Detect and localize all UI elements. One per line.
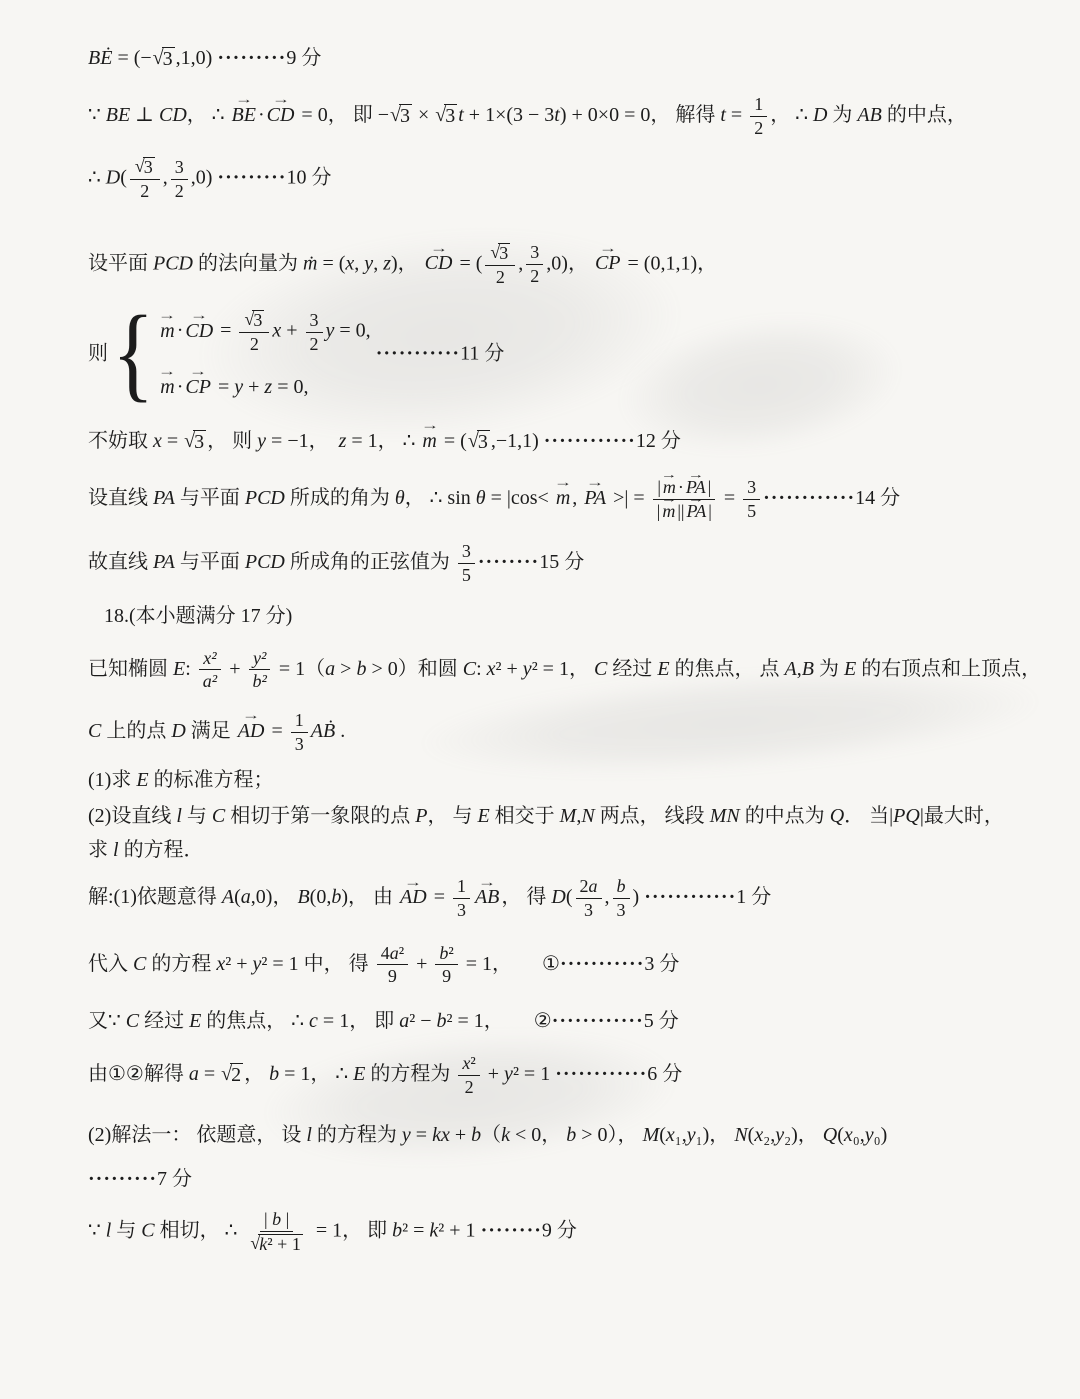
text: 2 bbox=[496, 267, 505, 287]
math-variable: x bbox=[754, 1124, 763, 1146]
vector-arrow-icon: → bbox=[599, 242, 617, 254]
text: 2 bbox=[175, 181, 184, 201]
math-variable: D bbox=[551, 886, 565, 908]
text: ² = bbox=[402, 1220, 429, 1242]
line-point-d-coordinates: ∴ D(√32,32,0) ·········10 分 bbox=[88, 156, 1030, 201]
text: = −1， bbox=[266, 430, 339, 452]
text: 两点， 线段 bbox=[595, 805, 710, 827]
math-variable: PCD bbox=[153, 252, 193, 274]
text: 2 bbox=[465, 1077, 474, 1097]
square-root: √3 bbox=[153, 47, 175, 70]
text: ₀) bbox=[874, 1124, 888, 1146]
text: 所成角的正弦值为 bbox=[285, 551, 455, 573]
fraction-denominator: |→m||→PA| bbox=[653, 500, 716, 522]
equation-row: →m·→CD = √32x + 32y = 0, bbox=[158, 309, 370, 354]
math-variable: C bbox=[88, 720, 101, 742]
math-variable: x bbox=[216, 952, 225, 974]
fraction: 4a²9 bbox=[377, 943, 408, 987]
text: 2 bbox=[310, 334, 319, 354]
text: 3 bbox=[445, 105, 455, 127]
fraction-denominator: 3 bbox=[291, 733, 308, 755]
math-variable: y bbox=[687, 1124, 696, 1146]
fraction: 35 bbox=[743, 477, 760, 521]
line-problem-18-header: 18.(本小题满分 17 分) bbox=[104, 602, 1030, 630]
vector-CD: →CD bbox=[185, 317, 213, 345]
text: · bbox=[177, 376, 184, 398]
text: 1 bbox=[295, 710, 304, 730]
dotted-leader: ············ bbox=[644, 886, 736, 908]
fraction-denominator: 2 bbox=[136, 180, 153, 202]
vector-base: CP bbox=[185, 376, 211, 398]
text: ( bbox=[837, 1124, 844, 1146]
fraction: b²9 bbox=[435, 943, 457, 987]
text: ， bbox=[244, 1063, 269, 1085]
text: ) + 0×0 = 0， 解得 bbox=[560, 104, 721, 126]
left-brace: { bbox=[112, 317, 154, 393]
math-variable: b bbox=[272, 1209, 281, 1229]
fraction-denominator: 3 bbox=[580, 899, 597, 921]
text: , bbox=[163, 167, 168, 189]
text: , bbox=[354, 252, 364, 274]
fraction: √32 bbox=[485, 242, 515, 287]
text: · bbox=[177, 320, 184, 342]
document-body: BĖ = (−√3,1,0) ·········9 分∵ BE ⊥ CD， ∴… bbox=[0, 44, 1080, 1255]
text: 3 bbox=[617, 900, 626, 920]
text: = (0,1,1)， bbox=[623, 252, 718, 274]
fraction-numerator: x² bbox=[199, 648, 220, 671]
math-variable: M bbox=[560, 805, 577, 827]
vector-base: m bbox=[160, 320, 174, 342]
vector-m: →m bbox=[556, 484, 570, 512]
text: ,1,0) bbox=[176, 47, 218, 69]
radicand: k² + 1 bbox=[258, 1234, 303, 1255]
text: 不妨取 bbox=[88, 430, 153, 452]
dotted-leader: ············ bbox=[552, 1010, 644, 1032]
fraction-denominator: b² bbox=[248, 670, 270, 692]
vector-arrow-icon: → bbox=[478, 876, 496, 888]
math-variable: MN bbox=[710, 805, 740, 827]
scanned-exam-page: BĖ = (−√3,1,0) ·········9 分∵ BE ⊥ CD， ∴… bbox=[0, 0, 1080, 1399]
text: ( bbox=[659, 1124, 666, 1146]
math-variable: PCD bbox=[245, 487, 285, 509]
text: = 1， ∴ bbox=[346, 430, 420, 452]
text: + bbox=[281, 320, 302, 342]
fraction: √32 bbox=[239, 309, 269, 354]
text: 故直线 bbox=[88, 551, 153, 573]
square-root: √k² + 1 bbox=[250, 1234, 302, 1255]
radicand: 2 bbox=[230, 1063, 243, 1086]
vector-base: AD bbox=[238, 720, 265, 742]
text: = bbox=[199, 1063, 220, 1085]
vector-m: →m bbox=[662, 501, 675, 522]
fraction-numerator: √3 bbox=[485, 242, 515, 266]
text: )， bbox=[391, 252, 423, 274]
line-equation-system: 则{→m·→CD = √32x + 32y = 0,→m·→CP = y + z… bbox=[88, 309, 1030, 400]
fraction: 13 bbox=[453, 876, 470, 920]
square-root: √3 bbox=[244, 310, 264, 331]
text: 2 bbox=[231, 1064, 241, 1086]
math-variable: CD bbox=[159, 104, 187, 126]
text: 15 分 bbox=[539, 551, 584, 573]
vector-base: BE bbox=[232, 104, 256, 126]
text: = bbox=[719, 487, 740, 509]
vector-base: CD bbox=[267, 104, 295, 126]
text: 已知椭圆 bbox=[88, 657, 173, 679]
dotted-leader: ········· bbox=[88, 1168, 157, 1190]
text: 5 bbox=[462, 565, 471, 585]
dotted-leader: ········· bbox=[217, 167, 286, 189]
math-variable: Q bbox=[830, 805, 844, 827]
fraction-numerator: 3 bbox=[743, 477, 760, 500]
line-part2-method1-setup: (2)解法一： 依题意， 设 l 的方程为 y = kx + b（k < 0， … bbox=[88, 1121, 1030, 1149]
text: < 0， bbox=[510, 1124, 566, 1146]
text: + bbox=[411, 952, 432, 974]
text: 代入 bbox=[88, 952, 133, 974]
text: ( bbox=[234, 886, 241, 908]
math-variable: E bbox=[136, 769, 148, 791]
math-variable: x bbox=[487, 657, 496, 679]
math-variable: x bbox=[345, 252, 354, 274]
fraction-denominator: 2 bbox=[461, 1076, 478, 1098]
text: 设直线 bbox=[88, 487, 153, 509]
text: 3 bbox=[584, 900, 593, 920]
line-part1-question: (1)求 E 的标准方程； bbox=[88, 766, 1030, 794]
vector-arrow-icon: → bbox=[242, 709, 260, 721]
math-variable: PA bbox=[153, 487, 175, 509]
text: 的方程为 bbox=[312, 1124, 402, 1146]
text: + bbox=[483, 1063, 504, 1085]
fraction: x²2 bbox=[458, 1053, 479, 1097]
radicand: 3 bbox=[444, 104, 457, 127]
text: = bbox=[429, 886, 450, 908]
dotted-leader: ··········· bbox=[376, 343, 460, 365]
fraction: √32 bbox=[130, 156, 160, 201]
text: 3 bbox=[163, 48, 173, 70]
fraction: 13 bbox=[291, 710, 308, 754]
text: （ bbox=[481, 1124, 501, 1146]
math-variable: θ bbox=[395, 487, 405, 509]
vector-CD: →CD bbox=[267, 101, 295, 129]
text: × bbox=[413, 104, 434, 126]
math-variable: x bbox=[272, 320, 281, 342]
fraction-numerator: 3 bbox=[526, 242, 543, 265]
math-variable: AḂ bbox=[311, 720, 335, 742]
math-variable: a bbox=[399, 1010, 409, 1032]
vector-base: m bbox=[160, 376, 174, 398]
text: ， 则 bbox=[207, 430, 257, 452]
square-root: √3 bbox=[490, 243, 510, 264]
vector-arrow-icon: → bbox=[158, 365, 176, 377]
text: ² + bbox=[496, 657, 523, 679]
text: . bbox=[335, 720, 345, 742]
equation-system-rows: →m·→CD = √32x + 32y = 0,→m·→CP = y + z =… bbox=[158, 309, 370, 400]
fraction: 32 bbox=[171, 157, 188, 201]
fraction-denominator: 9 bbox=[384, 965, 401, 987]
math-variable: x² bbox=[203, 648, 216, 668]
text: 上的点 bbox=[101, 720, 171, 742]
text: > bbox=[335, 657, 356, 679]
math-variable: C bbox=[141, 1220, 154, 1242]
vector-BE: →BE bbox=[232, 101, 256, 129]
vector-arrow-icon: → bbox=[235, 93, 253, 105]
math-variable: M bbox=[643, 1124, 660, 1146]
text: ² + 1 bbox=[438, 1220, 480, 1242]
vector-CP: →CP bbox=[185, 373, 211, 401]
math-variable: A bbox=[222, 886, 234, 908]
math-variable: b² bbox=[252, 671, 266, 691]
text: = 1， ∴ bbox=[279, 1063, 353, 1085]
text: 3 bbox=[499, 243, 508, 263]
text: ∵ bbox=[88, 104, 106, 126]
text: 的焦点， ∴ bbox=[201, 1010, 309, 1032]
text: 3 bbox=[478, 431, 488, 453]
vector-CD: →CD bbox=[425, 249, 453, 277]
text: · bbox=[258, 104, 265, 126]
math-variable: θ bbox=[476, 487, 486, 509]
text: + bbox=[243, 376, 264, 398]
radicand: 3 bbox=[252, 310, 264, 331]
text: = 1， 即 bbox=[318, 1010, 399, 1032]
line-perpendicular-dot-product: ∵ BE ⊥ CD， ∴ →BE·→CD = 0， 即 −√3 × √3t + … bbox=[88, 94, 1030, 138]
line-tangency-condition: ∵ l 与 C 相切， ∴ | b |√k² + 1 = 1， 即 b² = k… bbox=[88, 1209, 1030, 1254]
math-variable: y bbox=[523, 657, 532, 679]
fraction-numerator: 3 bbox=[458, 541, 475, 564]
line-substitute-into-circle: 代入 C 的方程 x² + y² = 1 中， 得 4a²9 + b²9 = 1… bbox=[88, 943, 1030, 987]
vector-AD: →AD bbox=[238, 717, 265, 745]
vector-arrow-icon: → bbox=[586, 476, 604, 488]
text: ₂)， bbox=[784, 1124, 823, 1146]
text: (2)解法一： 依题意， 设 bbox=[88, 1124, 306, 1146]
vector-arrow-icon: → bbox=[421, 419, 439, 431]
math-variable: A bbox=[785, 657, 797, 679]
math-variable: C bbox=[133, 952, 146, 974]
fraction-numerator: b bbox=[613, 876, 630, 899]
text: | bbox=[708, 501, 712, 521]
square-root: √2 bbox=[221, 1063, 243, 1086]
vector-base: AB bbox=[475, 886, 499, 908]
text: 的右顶点和上顶点， bbox=[856, 657, 1041, 679]
text: 的法向量为 bbox=[193, 252, 303, 274]
text: , bbox=[518, 252, 523, 274]
text: ² = 1， bbox=[532, 657, 594, 679]
math-variable: E bbox=[477, 805, 489, 827]
vector-arrow-icon: → bbox=[189, 365, 207, 377]
fraction-numerator: 4a² bbox=[377, 943, 408, 966]
line-part2-question: (2)设直线 l 与 C 相切于第一象限的点 P， 与 E 相交于 M,N 两点… bbox=[88, 802, 1030, 830]
text: ₀, bbox=[853, 1124, 865, 1146]
dotted-leader: ············ bbox=[763, 487, 855, 509]
fraction-denominator: 2 bbox=[246, 333, 263, 355]
dotted-leader: ········ bbox=[478, 551, 539, 573]
dotted-leader: ············ bbox=[555, 1063, 647, 1085]
math-variable: k bbox=[429, 1220, 438, 1242]
text: 1 bbox=[457, 876, 466, 896]
text: ∵ bbox=[88, 1220, 106, 1242]
fraction: 32 bbox=[306, 310, 323, 354]
text: ( bbox=[566, 886, 573, 908]
vector-arrow-icon: → bbox=[688, 470, 704, 481]
text: ， ∴ bbox=[187, 104, 230, 126]
text: 的方程 bbox=[146, 952, 216, 974]
math-variable: y bbox=[504, 1063, 513, 1085]
dotted-leader: ··········· bbox=[560, 952, 644, 974]
vector-arrow-icon: → bbox=[661, 494, 677, 505]
text: = ( bbox=[454, 252, 482, 274]
vector-AD: →AD bbox=[400, 883, 427, 911]
text: 求 bbox=[88, 839, 113, 861]
text: 2 bbox=[580, 876, 589, 896]
square-root: √3 bbox=[135, 157, 155, 178]
fraction-numerator: √3 bbox=[130, 156, 160, 180]
text: 5 bbox=[747, 501, 756, 521]
text: (2)设直线 bbox=[88, 805, 176, 827]
text: 3 bbox=[400, 105, 410, 127]
text: 10 分 bbox=[286, 167, 331, 189]
text: 3 bbox=[457, 900, 466, 920]
text: = ( bbox=[317, 252, 345, 274]
fraction: x²a² bbox=[199, 648, 221, 692]
text: 经过 bbox=[607, 657, 657, 679]
vector-base: CD bbox=[425, 252, 453, 274]
math-variable: b bbox=[617, 876, 626, 896]
math-variable: x bbox=[844, 1124, 853, 1146]
math-variable: b bbox=[566, 1124, 576, 1146]
text: 2 bbox=[140, 181, 149, 201]
text: > 0）， bbox=[576, 1124, 642, 1146]
text: + bbox=[450, 1124, 471, 1146]
math-variable: Q bbox=[823, 1124, 837, 1146]
vector-base: CP bbox=[595, 252, 621, 274]
math-variable: ṁ bbox=[303, 252, 317, 274]
fraction-denominator: 2 bbox=[750, 117, 767, 139]
text: ⊥ bbox=[130, 104, 159, 126]
fraction-denominator: 5 bbox=[458, 564, 475, 586]
fraction: y²b² bbox=[248, 648, 270, 692]
math-variable: P bbox=[415, 805, 427, 827]
square-root: √3 bbox=[435, 104, 457, 127]
math-variable: PA bbox=[153, 551, 175, 573]
text: 12 分 bbox=[636, 430, 681, 452]
text: ( bbox=[120, 167, 127, 189]
vector-m: →m bbox=[160, 373, 174, 401]
math-variable: N bbox=[581, 805, 594, 827]
text: ,0) bbox=[191, 167, 218, 189]
text: = (− bbox=[112, 47, 151, 69]
fraction-numerator: √3 bbox=[239, 309, 269, 333]
line-sine-of-angle: 设直线 PA 与平面 PCD 所成的角为 θ， ∴ sin θ = |cos< … bbox=[88, 477, 1030, 521]
math-variable: b bbox=[471, 1124, 481, 1146]
text: 11 分 bbox=[460, 343, 504, 365]
fraction: | b |√k² + 1 bbox=[245, 1209, 307, 1254]
text: 与 bbox=[182, 805, 212, 827]
fraction-numerator: 3 bbox=[171, 157, 188, 180]
math-variable: y bbox=[234, 376, 243, 398]
fraction-denominator: 2 bbox=[526, 265, 543, 287]
text: 3 bbox=[194, 431, 204, 453]
text: 的方程为 bbox=[365, 1063, 455, 1085]
fraction-denominator: 2 bbox=[306, 333, 323, 355]
text: 则 bbox=[88, 343, 108, 365]
math-variable: a bbox=[241, 886, 251, 908]
text: 相交于 bbox=[490, 805, 560, 827]
vector-AB: →AB bbox=[475, 883, 499, 911]
vector-arrow-icon: → bbox=[272, 93, 290, 105]
text: · bbox=[678, 477, 684, 497]
line-point-d-on-circle: C 上的点 D 满足 →AD = 13AḂ . bbox=[88, 710, 1030, 754]
math-variable: a bbox=[589, 876, 598, 896]
text: ) bbox=[633, 886, 645, 908]
radicand: 3 bbox=[162, 47, 175, 70]
math-variable: AB bbox=[857, 104, 881, 126]
text: ² = 1， ② bbox=[446, 1010, 551, 1032]
radicand: 3 bbox=[498, 243, 510, 264]
text: 3 bbox=[295, 734, 304, 754]
math-variable: C bbox=[126, 1010, 139, 1032]
text: , bbox=[373, 252, 383, 274]
text: 3 bbox=[747, 477, 756, 497]
vector-base: PA bbox=[584, 487, 606, 509]
text: ₁, bbox=[675, 1124, 687, 1146]
math-variable: x bbox=[153, 430, 162, 452]
text: = ( bbox=[439, 430, 467, 452]
fraction-numerator: b² bbox=[435, 943, 457, 966]
text: 3 bbox=[530, 242, 539, 262]
math-variable: B bbox=[297, 886, 309, 908]
text: 3 bbox=[462, 541, 471, 561]
text: 6 分 bbox=[647, 1063, 682, 1085]
text: 为 bbox=[814, 657, 844, 679]
text: = 0, bbox=[334, 320, 370, 342]
math-variable: kx bbox=[432, 1124, 450, 1146]
text: , bbox=[572, 487, 582, 509]
text: 2 bbox=[530, 266, 539, 286]
text: 的焦点， 点 bbox=[670, 657, 785, 679]
text: 3 bbox=[310, 310, 319, 330]
vector-base: m bbox=[556, 487, 570, 509]
text: 与平面 bbox=[175, 487, 245, 509]
text: > 0）和圆 bbox=[366, 657, 462, 679]
fraction-denominator: 5 bbox=[743, 500, 760, 522]
fraction-numerator: | b | bbox=[260, 1209, 293, 1232]
equation-system: {→m·→CD = √32x + 32y = 0,→m·→CP = y + z … bbox=[112, 309, 371, 400]
math-variable: b bbox=[331, 886, 341, 908]
text: ² + 1 bbox=[267, 1234, 301, 1254]
fraction-denominator: 2 bbox=[492, 266, 509, 288]
math-variable: E bbox=[173, 657, 185, 679]
fraction: b3 bbox=[613, 876, 630, 920]
fraction-denominator: 2 bbox=[171, 180, 188, 202]
math-variable: D bbox=[813, 104, 827, 126]
dotted-leader: ········· bbox=[217, 47, 286, 69]
text: ² = 1 中， 得 bbox=[261, 952, 373, 974]
math-variable: k bbox=[501, 1124, 510, 1146]
text: 3 分 bbox=[644, 952, 679, 974]
text: (1)求 bbox=[88, 769, 136, 791]
text: , bbox=[605, 886, 610, 908]
math-variable: y bbox=[865, 1124, 874, 1146]
radicand: 3 bbox=[477, 430, 490, 453]
text: ， 与 bbox=[427, 805, 477, 827]
line-part2-question-cont: 求 l 的方程． bbox=[88, 836, 1030, 864]
text: 为 bbox=[827, 104, 857, 126]
text: ， ∴ bbox=[770, 104, 813, 126]
math-variable: C bbox=[212, 805, 225, 827]
text: |最大时， bbox=[920, 805, 1004, 827]
text: ₂, bbox=[763, 1124, 775, 1146]
text: = bbox=[162, 430, 183, 452]
text: 由①②解得 bbox=[88, 1063, 189, 1085]
text: 设平面 bbox=[88, 252, 153, 274]
